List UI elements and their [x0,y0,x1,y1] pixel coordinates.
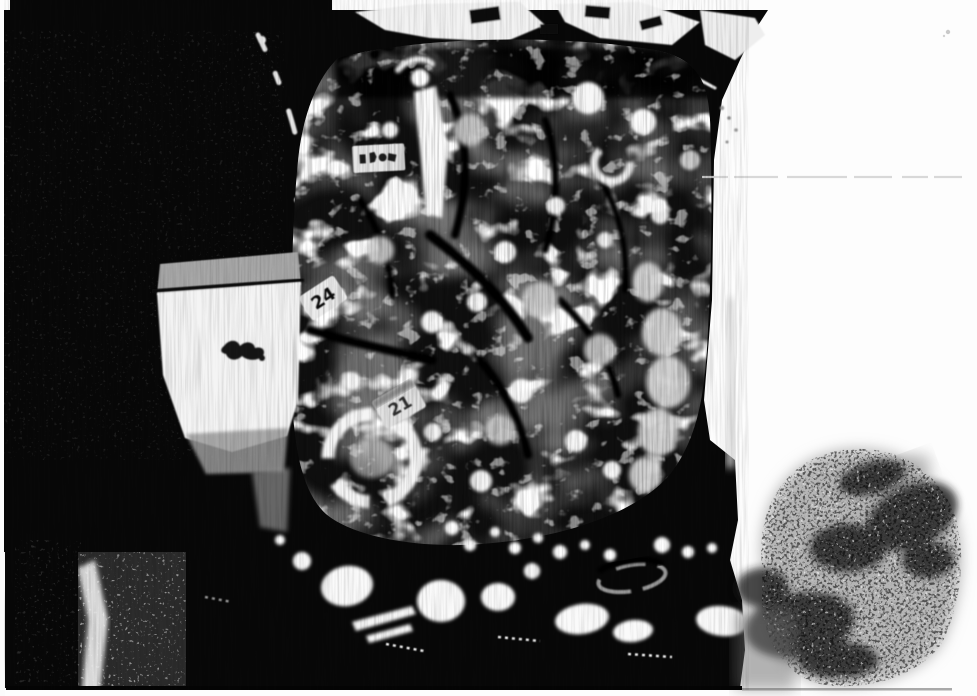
photo-canvas: 24 21 [0,0,977,696]
dust-speck [943,35,945,37]
dust-speck [946,30,950,34]
photocopy-grain [285,30,720,550]
photograph: 24 21 [0,0,977,696]
